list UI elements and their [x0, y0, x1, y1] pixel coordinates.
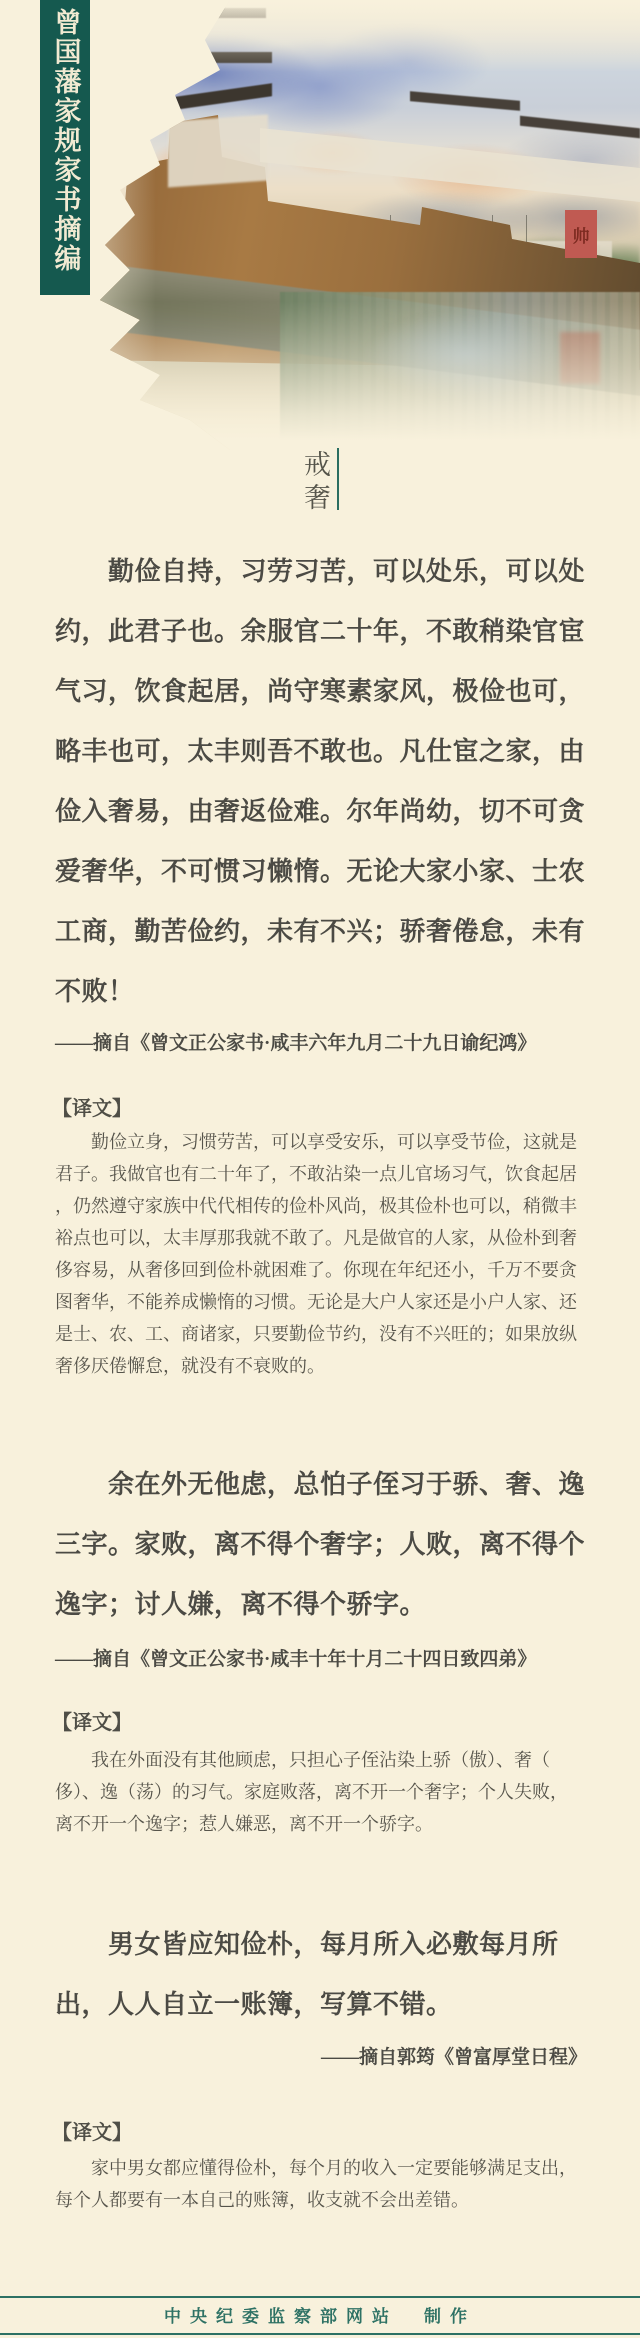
quote-attribution-3: ——摘自郭筠《曾富厚堂日程》 [55, 2046, 587, 2070]
footer-credit: 中央纪委监察部网站 制作 [0, 2304, 640, 2330]
quote-paragraph-1: 勤俭自持，习劳习苦，可以处乐，可以处 约，此君子也。余服官二十年，不敢稍染官宦 … [55, 542, 587, 1022]
translation-label-3: 【译文】 [52, 2120, 132, 2146]
page: 帅 曾国藩家规家书摘编 戒奢 勤俭自持，习劳习苦，可以处乐，可以处 约，此君子也… [0, 0, 640, 2338]
footer-rule-top [0, 2296, 640, 2298]
translation-paragraph-3: 家中男女都应懂得俭朴，每个月的收入一定要能够满足支出， 每个人都要有一本自己的账… [55, 2152, 589, 2216]
masthead-title: 曾国藩家规家书摘编 [52, 8, 79, 295]
quote-attribution-1: ——摘自《曾文正公家书·咸丰六年九月二十九日谕纪鸿》 [55, 1032, 587, 1056]
translation-label-2: 【译文】 [52, 1710, 132, 1736]
translation-paragraph-2: 我在外面没有其他顾虑，只担心子侄沾染上骄（傲）、奢（ 侈）、逸（荡）的习气。家庭… [55, 1744, 589, 1840]
translation-label-1: 【译文】 [52, 1096, 132, 1122]
quote-paragraph-2: 余在外无他虑，总怕子侄习于骄、奢、逸 三字。家败，离不得个奢字；人败，离不得个 … [55, 1455, 587, 1635]
quote-attribution-2: ——摘自《曾文正公家书·咸丰十年十月二十四日致四弟》 [55, 1648, 587, 1672]
watercolor-fade-bottom [90, 0, 640, 450]
section-title-block: 戒奢 [0, 448, 640, 516]
hero-photo: 帅 [90, 0, 640, 450]
section-title: 戒奢 [301, 450, 328, 516]
footer-rule-bottom [0, 2333, 640, 2335]
quote-paragraph-3: 男女皆应知俭朴，每月所入必敷每月所 出，人人自立一账簿，写算不错。 [55, 1915, 587, 2035]
section-title-rule [337, 448, 339, 510]
translation-paragraph-1: 勤俭立身，习惯劳苦，可以享受安乐，可以享受节俭，这就是 君子。我做官也有二十年了… [55, 1126, 589, 1382]
masthead-banner: 曾国藩家规家书摘编 [40, 0, 90, 295]
